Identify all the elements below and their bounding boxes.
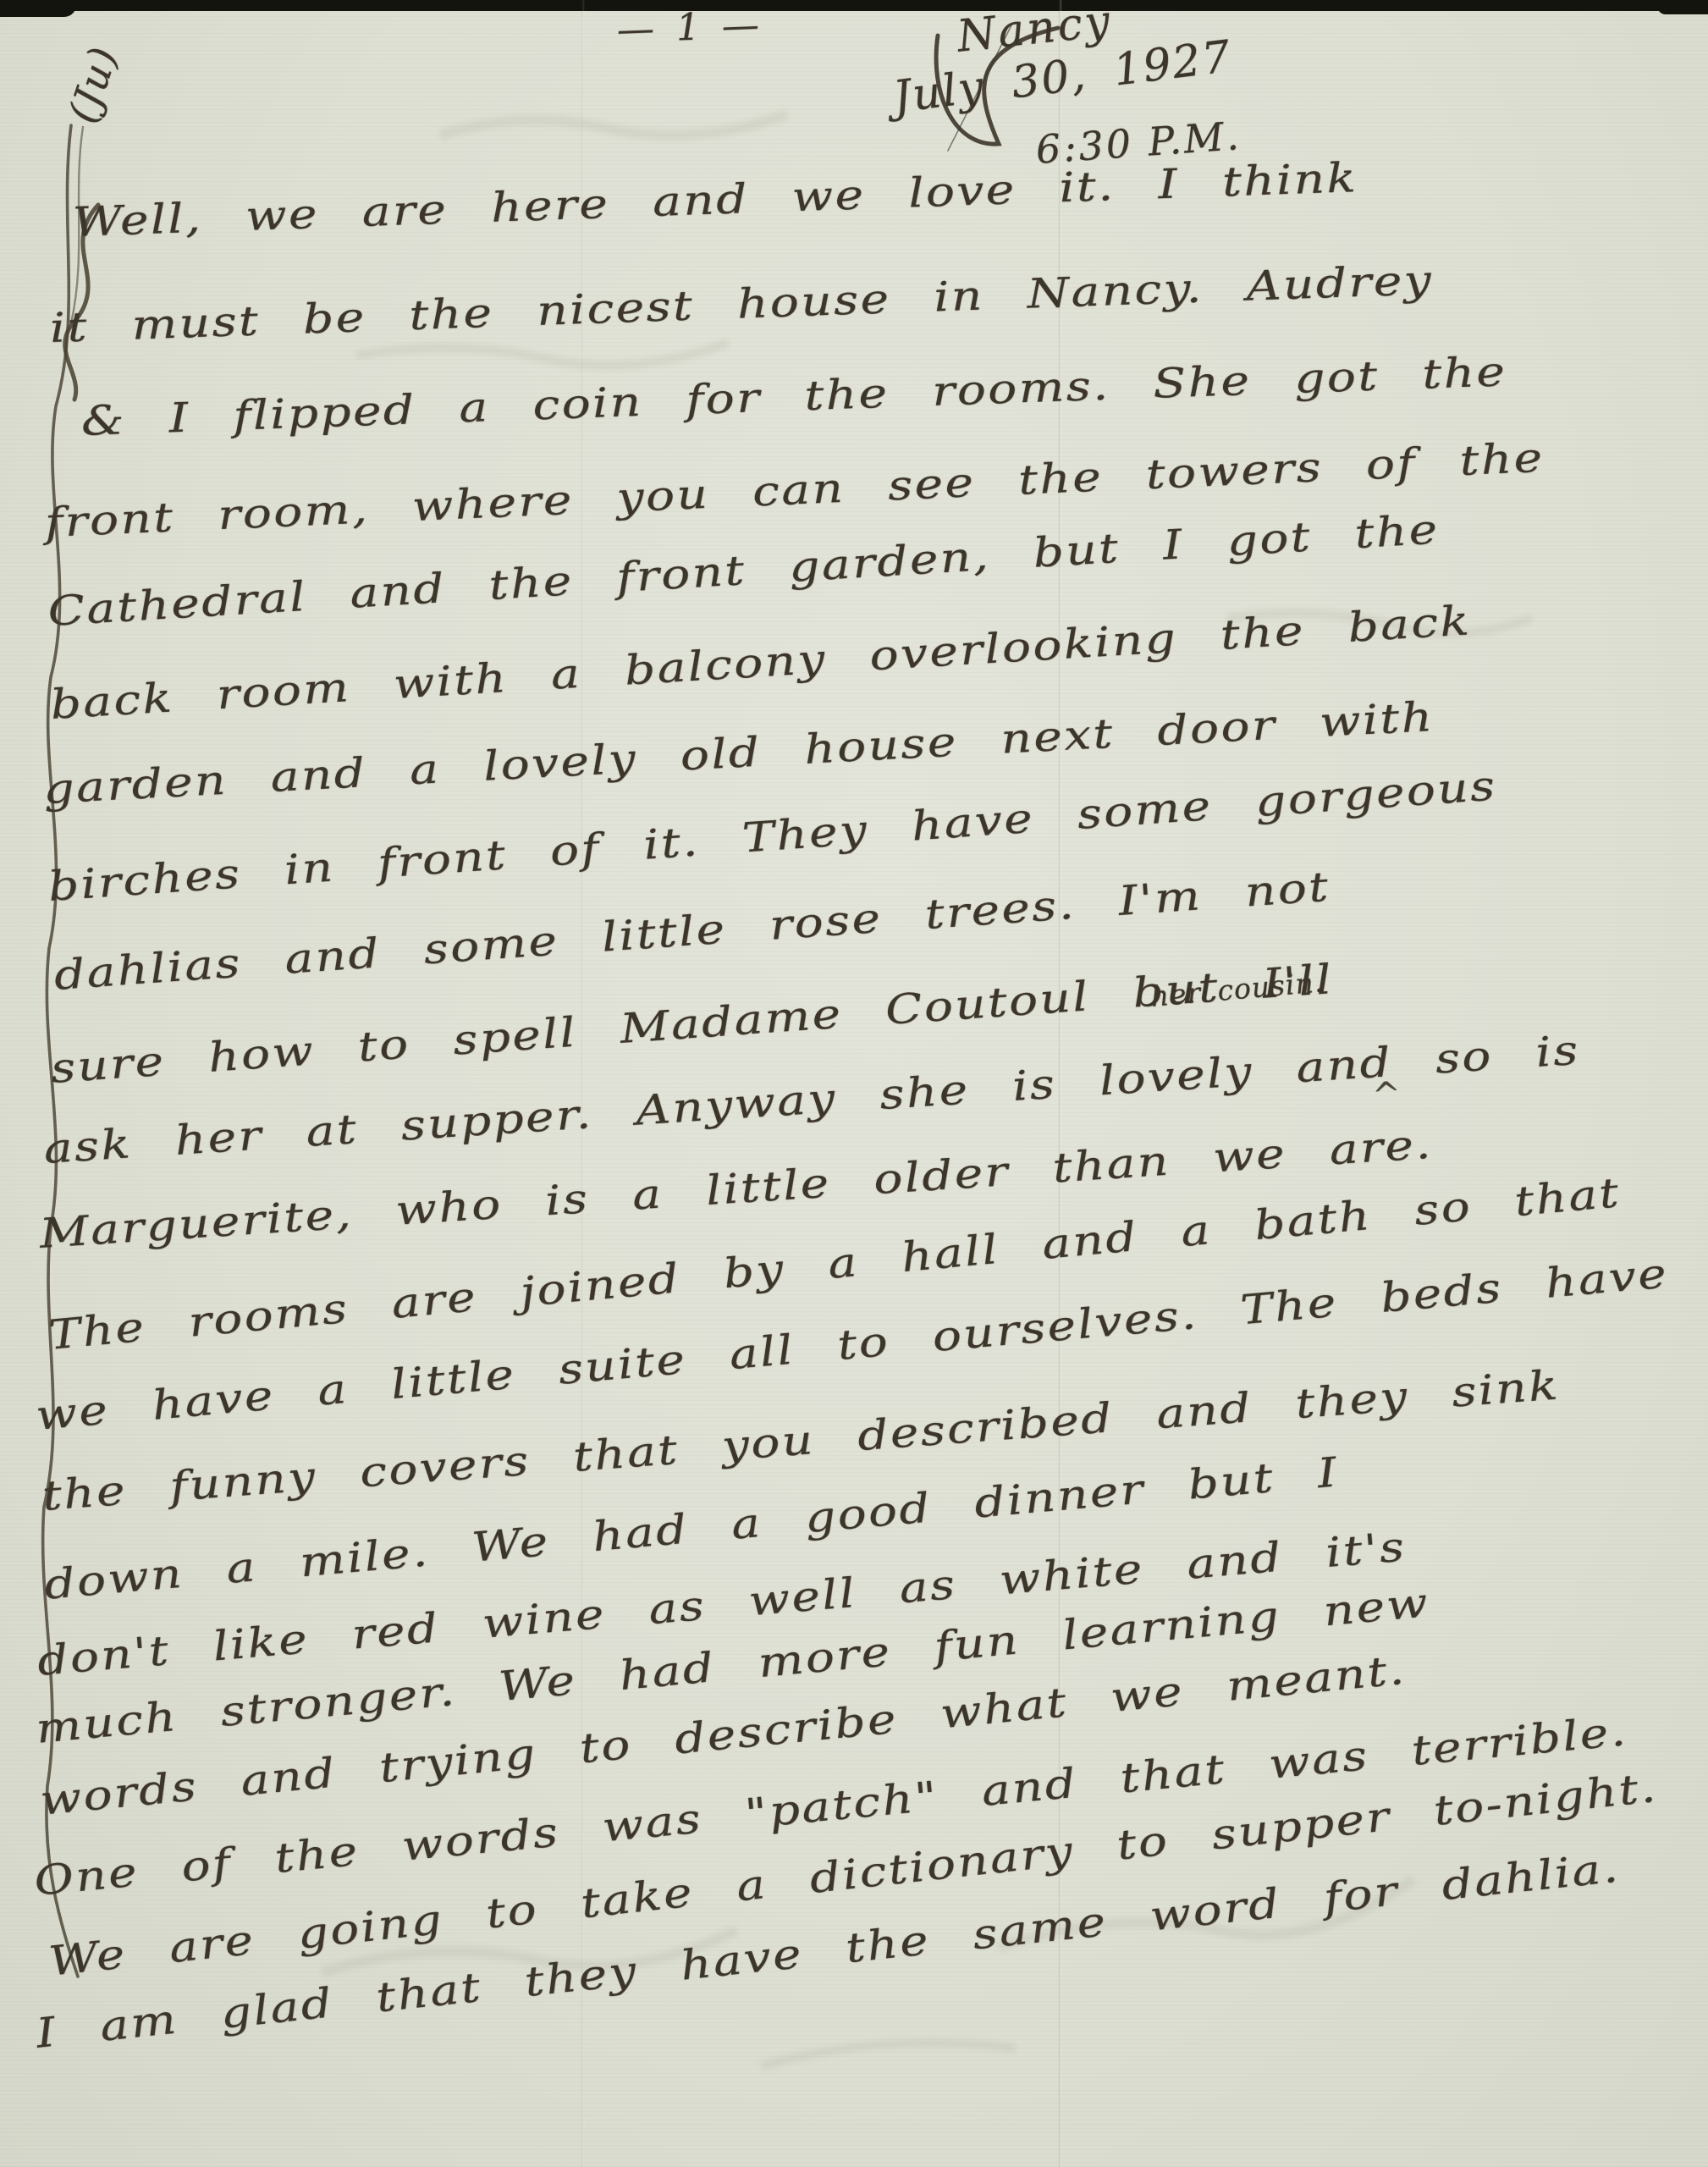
scan-edge-corner-right xyxy=(1657,0,1708,14)
insertion-caret: ^ xyxy=(1371,1075,1402,1116)
letter-page: (Ju) — 1 — Nancy July 30, 1927 6:30 P.M.… xyxy=(0,0,1708,2167)
margin-initials: (Ju) xyxy=(59,41,127,129)
page-number: — 1 — xyxy=(616,3,765,52)
handwritten-line: & I flipped a coin for the rooms. She go… xyxy=(80,348,1507,445)
handwritten-line: Well, we are here and we love it. I thin… xyxy=(72,154,1358,246)
handwritten-line: it must be the nicest house in Nancy. Au… xyxy=(49,256,1434,352)
scan-edge-top xyxy=(0,0,1708,11)
scan-edge-corner-left xyxy=(0,0,76,17)
